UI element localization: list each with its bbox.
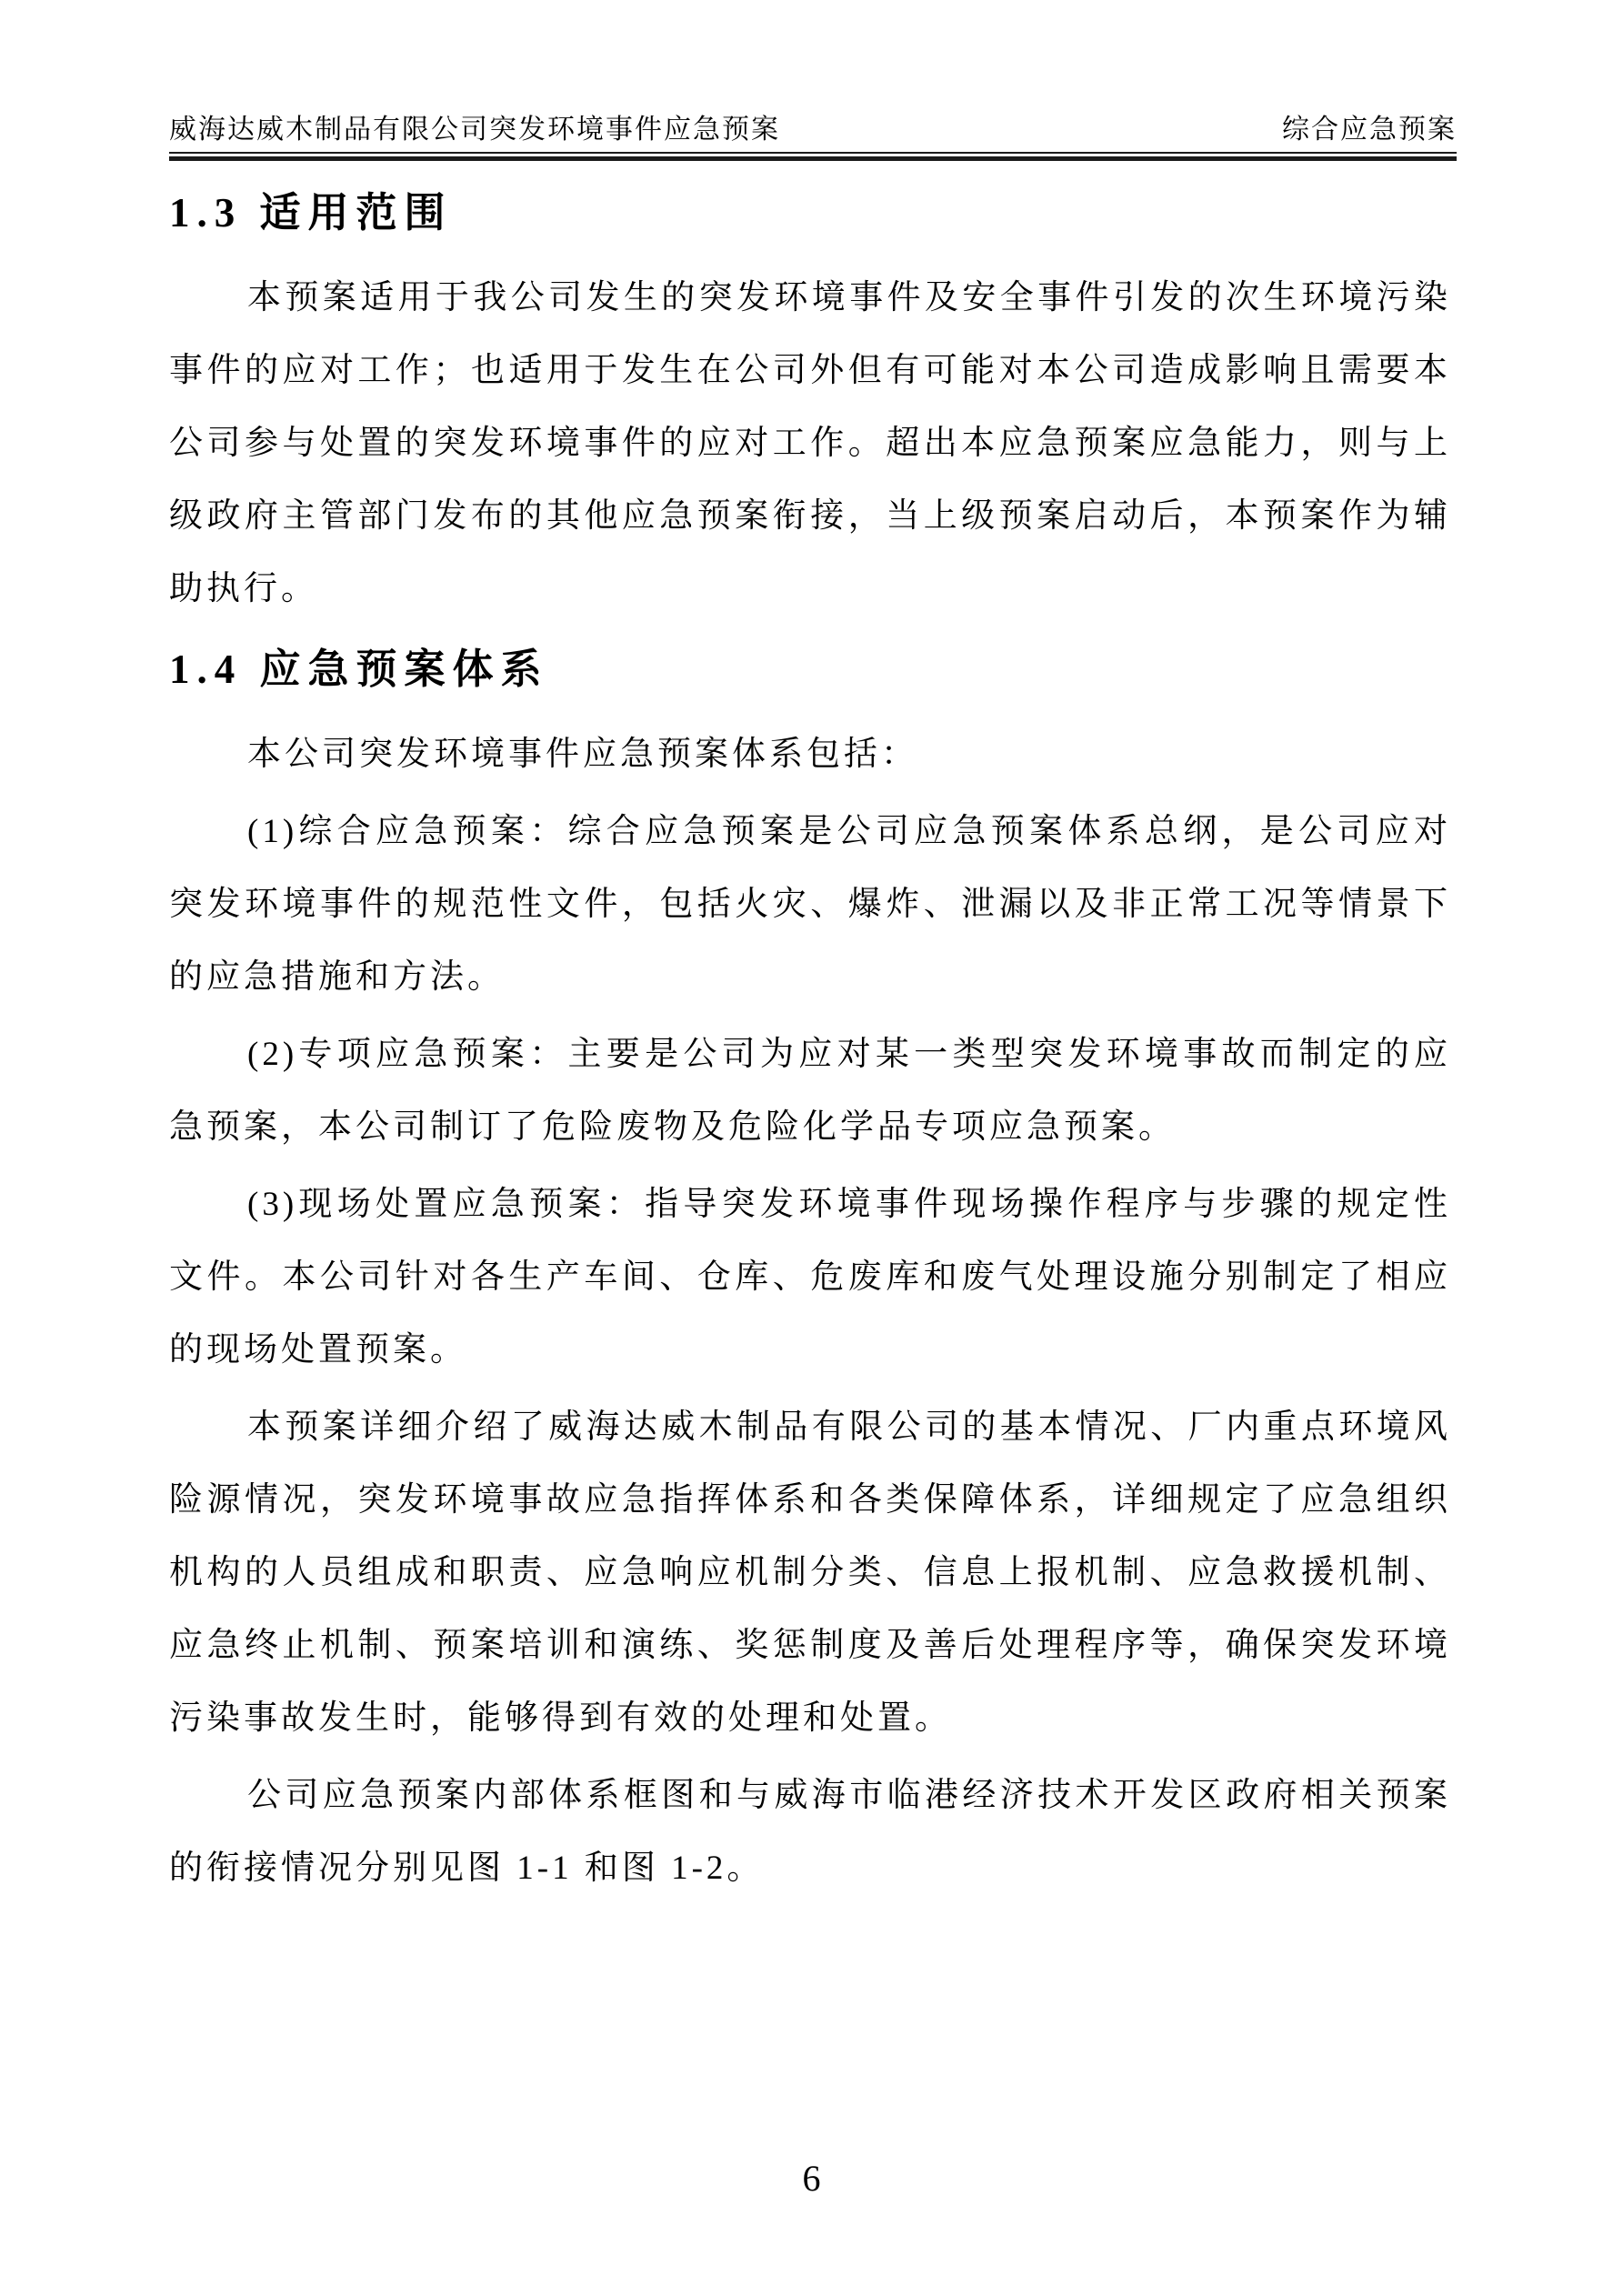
header-rule-divider	[169, 152, 1457, 161]
section-heading-1-3: 1.3 适用范围	[169, 182, 1451, 244]
page-header-row: 威海达威木制品有限公司突发环境事件应急预案 综合应急预案	[169, 113, 1457, 147]
document-page: 威海达威木制品有限公司突发环境事件应急预案 综合应急预案 1.3 适用范围 本预…	[0, 0, 1623, 2296]
header-title-left: 威海达威木制品有限公司突发环境事件应急预案	[169, 113, 780, 147]
page-number: 6	[0, 2157, 1623, 2200]
header-title-right: 综合应急预案	[1282, 113, 1457, 147]
document-body: 1.3 适用范围 本预案适用于我公司发生的突发环境事件及安全事件引发的次生环境污…	[169, 182, 1451, 1910]
section-heading-1-4: 1.4 应急预案体系	[169, 638, 1451, 700]
paragraph-special-plan: (2)专项应急预案：主要是公司为应对某一类型突发环境事故而制定的应急预案，本公司…	[169, 1018, 1451, 1164]
paragraph-onsite-plan: (3)现场处置应急预案：指导突发环境事件现场操作程序与步骤的规定性文件。本公司针…	[169, 1168, 1451, 1387]
paragraph-comprehensive-plan: (1)综合应急预案：综合应急预案是公司应急预案体系总纲，是公司应对突发环境事件的…	[169, 796, 1451, 1014]
page-header: 威海达威木制品有限公司突发环境事件应急预案 综合应急预案	[169, 113, 1457, 161]
paragraph-plan-summary: 本预案详细介绍了威海达威木制品有限公司的基本情况、厂内重点环境风险源情况，突发环…	[169, 1391, 1451, 1755]
paragraph-system-intro: 本公司突发环境事件应急预案体系包括：	[169, 718, 1451, 791]
paragraph-scope: 本预案适用于我公司发生的突发环境事件及安全事件引发的次生环境污染事件的应对工作；…	[169, 262, 1451, 626]
paragraph-figure-reference: 公司应急预案内部体系框图和与威海市临港经济技术开发区政府相关预案的衔接情况分别见…	[169, 1760, 1451, 1905]
